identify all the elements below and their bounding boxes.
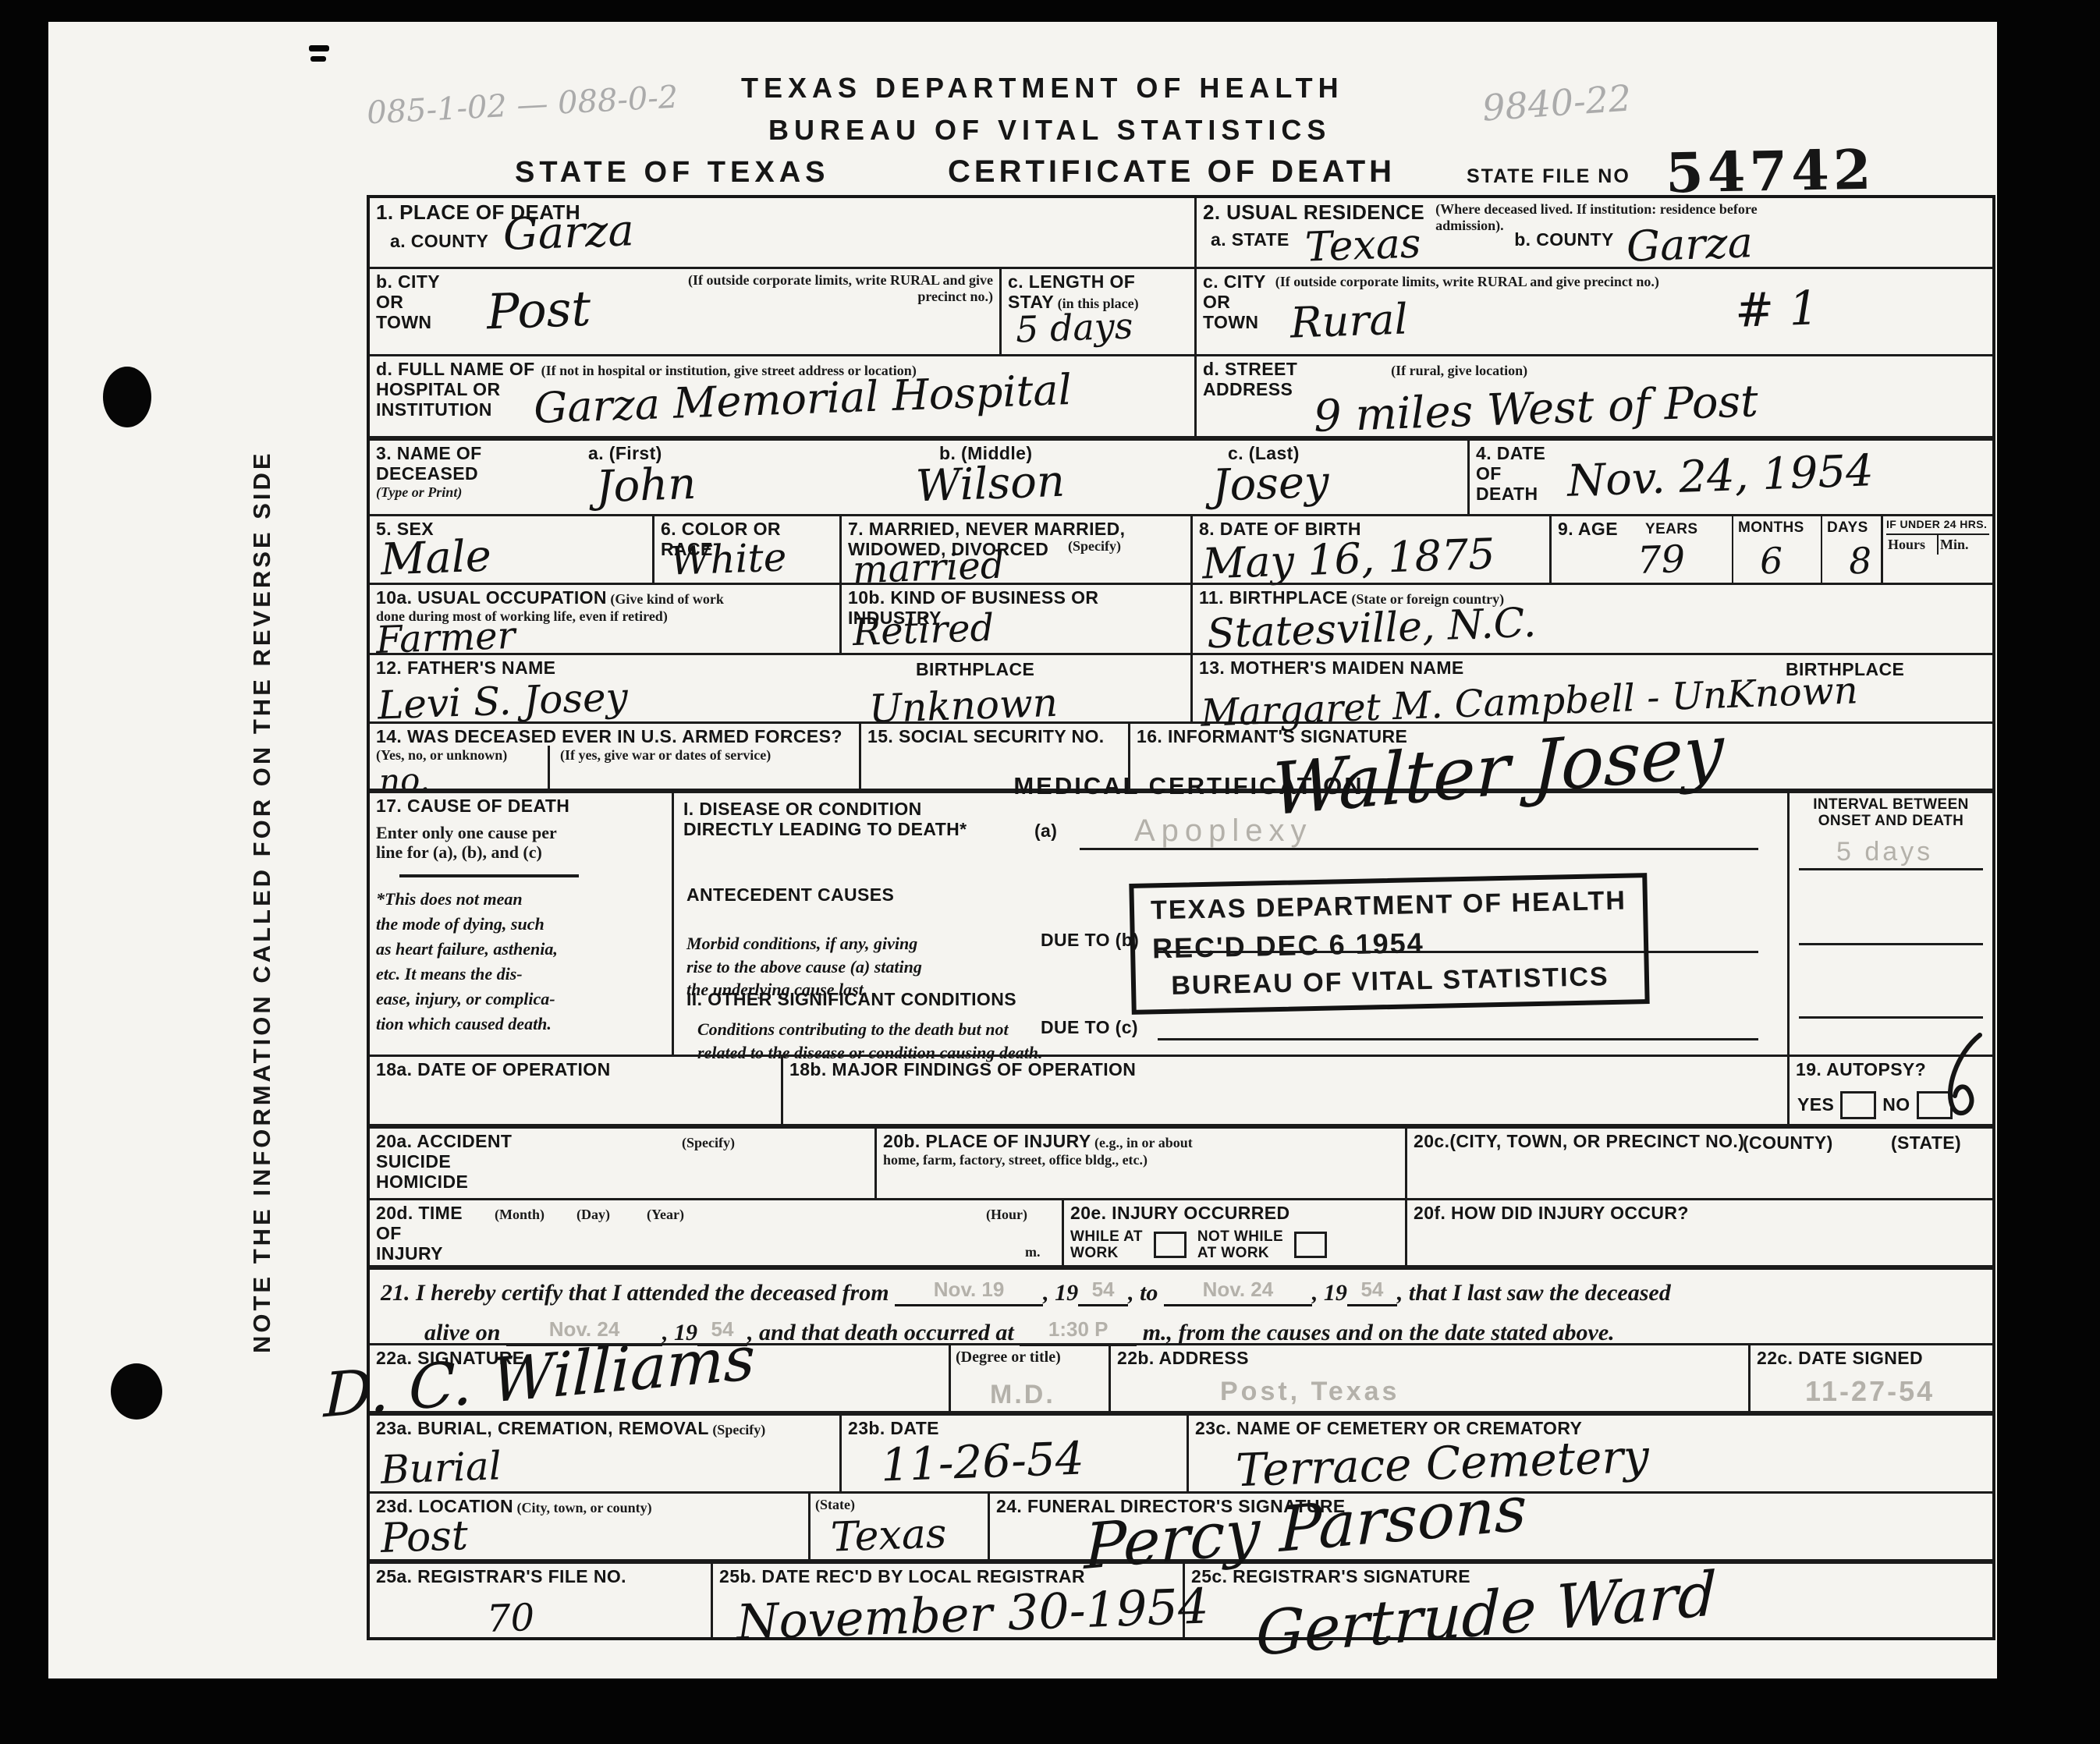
street-value: 9 miles West of Post <box>1313 380 1758 439</box>
field-registrar-signature: 25c. REGISTRAR'S SIGNATURE Gertrude Ward <box>1185 1564 1992 1637</box>
row-parents: 12. FATHER'S NAME BIRTHPLACE Levi S. Jos… <box>370 653 1992 721</box>
county-value: Garza <box>502 209 635 257</box>
accident-label: 20a. ACCIDENT SUICIDE HOMICIDE <box>376 1131 512 1192</box>
cause-of-death-label: 17. CAUSE OF DEATH <box>376 796 569 816</box>
row-location-funeral-director: 23d. LOCATION (City, town, or county) Po… <box>370 1491 1992 1559</box>
header-department: TEXAS DEPARTMENT OF HEALTH <box>741 72 1344 105</box>
age-months-value: 6 <box>1759 543 1783 580</box>
field-name-of-deceased: 3. NAME OF DECEASED (Type or Print) a. (… <box>370 441 1470 514</box>
received-stamp: TEXAS DEPARTMENT OF HEALTH REC'D DEC 6 1… <box>1129 873 1649 1015</box>
birthplace-label: 11. BIRTHPLACE <box>1199 587 1348 608</box>
stay-value: 5 days <box>1015 307 1133 347</box>
injury-city-label: 20c.(CITY, TOWN, OR PRECINCT NO.) <box>1414 1131 1744 1151</box>
dod-label: 4. DATE OF DEATH <box>1476 443 1545 504</box>
cert-text-8: , and that death occurred at <box>747 1320 1014 1345</box>
field-color-or-race: 6. COLOR OR RACE White <box>654 516 842 583</box>
field-how-injury-occurred: 20f. HOW DID INJURY OCCUR? <box>1407 1200 1992 1265</box>
registrar-file-value: 70 <box>486 1599 535 1638</box>
field-birthplace: 11. BIRTHPLACE (State or foreign country… <box>1193 585 1992 653</box>
cert-death-time: 1:30 P <box>1020 1317 1137 1346</box>
due-to-c-line <box>1158 1021 1758 1040</box>
cause-note-2: *This does not mean the mode of dying, s… <box>376 887 665 1036</box>
field-fathers-name: 12. FATHER'S NAME BIRTHPLACE Levi S. Jos… <box>370 655 1193 721</box>
field-street-address: d. STREET ADDRESS (If rural, give locati… <box>1197 356 1992 436</box>
cert-text-3: , to <box>1128 1280 1158 1306</box>
how-injury-label: 20f. HOW DID INJURY OCCUR? <box>1414 1203 1689 1223</box>
residence-county-label: b. COUNTY <box>1514 230 1614 266</box>
not-while-at-work-checkbox[interactable] <box>1294 1232 1327 1258</box>
state-value: Texas <box>1304 224 1421 268</box>
reverse-side-note: NOTE THE INFORMATION CALLED FOR ON THE R… <box>248 448 276 1353</box>
field-usual-occupation: 10a. USUAL OCCUPATION (Give kind of work… <box>370 585 842 653</box>
field-major-findings: 18b. MAJOR FINDINGS OF OPERATION <box>783 1057 1790 1124</box>
location-state-label: (State) <box>815 1497 855 1512</box>
film-mark <box>310 56 326 62</box>
cert-from-year: 54 <box>1078 1278 1128 1306</box>
hours-label: Hours <box>1886 535 1939 555</box>
header-bureau: BUREAU OF VITAL STATISTICS <box>768 114 1331 147</box>
age-days-label: DAYS <box>1827 519 1868 536</box>
field-physician-signature: 22a. SIGNATURE D. C. Williams (Degree or… <box>370 1345 1111 1411</box>
other-significant-label: II. OTHER SIGNIFICANT CONDITIONS <box>686 990 1016 1010</box>
degree-or-title-label: (Degree or title) <box>956 1349 1061 1366</box>
antecedent-causes-label: ANTECEDENT CAUSES <box>686 885 894 906</box>
row-occupation-birthplace: 10a. USUAL OCCUPATION (Give kind of work… <box>370 583 1992 653</box>
field-accident-suicide-homicide: 20a. ACCIDENT SUICIDE HOMICIDE (Specify) <box>370 1129 877 1198</box>
autopsy-label: 19. AUTOPSY? <box>1796 1059 1926 1079</box>
autopsy-no-mark <box>1935 1030 1989 1124</box>
day-label: (Day) <box>576 1207 610 1223</box>
interval-label: INTERVAL BETWEEN ONSET AND DEATH <box>1796 796 1986 830</box>
business-value: Retired <box>852 609 995 651</box>
first-name-value: John <box>595 463 697 509</box>
major-findings-label: 18b. MAJOR FINDINGS OF OPERATION <box>789 1059 1136 1079</box>
cert-from-date: Nov. 19 <box>895 1278 1043 1306</box>
row-place-residence: 1. PLACE OF DEATH a. COUNTY Garza 2. USU… <box>370 198 1992 267</box>
state-label: a. STATE <box>1211 230 1289 266</box>
interval-line-1 <box>1799 868 1983 870</box>
row-accident-injury-place: 20a. ACCIDENT SUICIDE HOMICIDE (Specify)… <box>370 1124 1992 1198</box>
date-signed-value: 11-27-54 <box>1805 1375 1935 1408</box>
a-tag: (a) <box>1034 821 1057 842</box>
burial-specify-paren: (Specify) <box>712 1422 765 1437</box>
not-while-at-work-label: NOT WHILE AT WORK <box>1197 1228 1283 1262</box>
hour-label: (Hour) <box>986 1207 1027 1223</box>
cert-to-date: Nov. 24 <box>1164 1278 1312 1306</box>
registrar-file-label: 25a. REGISTRAR'S FILE NO. <box>376 1566 626 1586</box>
degree-value: M.D. <box>990 1380 1055 1410</box>
row-physician: 22a. SIGNATURE D. C. Williams (Degree or… <box>370 1343 1992 1411</box>
field-place-of-death: 1. PLACE OF DEATH a. COUNTY Garza <box>370 198 1197 267</box>
address-label: 22b. ADDRESS <box>1117 1348 1249 1368</box>
fathers-name-label: 12. FATHER'S NAME <box>376 658 555 678</box>
father-birthplace-label: BIRTHPLACE <box>916 660 1034 680</box>
type-or-print-label: (Type or Print) <box>376 484 462 500</box>
field-under-24-hrs: IF UNDER 24 HRS. Hours Min. <box>1883 516 1992 583</box>
dod-value: Nov. 24, 1954 <box>1566 449 1874 504</box>
row-city-stay: b. CITY OR TOWN (If outside corporate li… <box>370 267 1992 354</box>
field-date-of-operation: 18a. DATE OF OPERATION <box>370 1057 783 1124</box>
autopsy-no-label: NO <box>1882 1095 1910 1115</box>
burial-value: Burial <box>380 1446 502 1489</box>
residence-county-value: Garza <box>1626 222 1754 269</box>
city-label: b. CITY OR TOWN <box>376 272 440 332</box>
row-time-injury-occurred: 20d. TIME OF INJURY (Month) (Day) (Year)… <box>370 1198 1992 1265</box>
ssn-label: 15. SOCIAL SECURITY NO. <box>867 726 1105 746</box>
cert-text-9: m., from the causes and on the date stat… <box>1143 1320 1615 1345</box>
autopsy-yes-label: YES <box>1797 1095 1834 1115</box>
divider <box>548 746 550 789</box>
row-certification-statement: 21. I hereby certify that I attended the… <box>370 1265 1992 1343</box>
field-autopsy: 19. AUTOPSY? YES NO <box>1790 1057 1992 1124</box>
fathers-name-value: Levi S. Josey <box>377 677 628 725</box>
min-label: Min. <box>1939 535 1989 555</box>
age-label: 9. AGE <box>1558 519 1618 539</box>
row-name-dod: 3. NAME OF DECEASED (Type or Print) a. (… <box>370 436 1992 514</box>
cert-text-4: , 19 <box>1312 1280 1347 1306</box>
location-value: Post <box>380 1515 469 1559</box>
residence-city-value: Rural <box>1289 298 1409 344</box>
field-usual-residence: 2. USUAL RESIDENCE (Where deceased lived… <box>1197 198 1992 267</box>
header-state-of-texas: STATE OF TEXAS <box>515 156 830 190</box>
marital-paren: (Specify) <box>1068 538 1121 555</box>
field-burial-date: 23b. DATE 11-26-54 <box>842 1416 1189 1491</box>
street-label: d. STREET ADDRESS <box>1203 360 1297 400</box>
field-funeral-director: 24. FUNERAL DIRECTOR'S SIGNATURE Percy P… <box>990 1494 1992 1559</box>
date-recd-value: November 30-1954 <box>736 1582 1209 1647</box>
field-injury-location: 20c.(CITY, TOWN, OR PRECINCT NO.) (COUNT… <box>1407 1129 1992 1198</box>
m-label: m. <box>1025 1244 1041 1260</box>
film-blob <box>103 367 151 427</box>
sex-value: Male <box>380 535 492 583</box>
county-label: a. COUNTY <box>390 231 488 251</box>
precinct-value: # 1 <box>1734 285 1820 335</box>
row-sex-race-age: 5. SEX Male 6. COLOR OR RACE White 7. MA… <box>370 514 1992 583</box>
header-certificate-title: CERTIFICATE OF DEATH <box>948 154 1396 190</box>
field-certification-statement: 21. I hereby certify that I attended the… <box>370 1270 1992 1343</box>
film-blob <box>111 1363 162 1420</box>
film-mark <box>309 45 329 51</box>
birthplace-value: Statesville, N.C. <box>1206 603 1537 655</box>
scanned-death-certificate: NOTE THE INFORMATION CALLED FOR ON THE R… <box>0 0 2100 1744</box>
cert-text-2: , 19 <box>1043 1280 1078 1306</box>
field-injury-occurred: 20e. INJURY OCCURRED WHILE AT WORK NOT W… <box>1064 1200 1407 1265</box>
injury-occurred-label: 20e. INJURY OCCURRED <box>1070 1203 1290 1223</box>
field-age: 9. AGE YEARS 79 MONTHS 6 DAYS 8 <box>1552 516 1883 583</box>
field-cemetery-name: 23c. NAME OF CEMETERY OR CREMATORY Terra… <box>1189 1416 1992 1491</box>
row-operation-autopsy: 18a. DATE OF OPERATION 18b. MAJOR FINDIN… <box>370 1055 1992 1124</box>
cert-text-6: alive on <box>424 1320 501 1345</box>
stamp-line-2: REC'D DEC 6 1954 <box>1148 923 1632 966</box>
city-value: Post <box>486 285 591 337</box>
field-burial-type: 23a. BURIAL, CREMATION, REMOVAL (Specify… <box>370 1416 842 1491</box>
while-at-work-checkbox[interactable] <box>1154 1232 1187 1258</box>
place-of-injury-label: 20b. PLACE OF INJURY <box>883 1131 1091 1151</box>
row-hospital-street: d. FULL NAME OF HOSPITAL OR INSTITUTION … <box>370 354 1992 436</box>
row-burial: 23a. BURIAL, CREMATION, REMOVAL (Specify… <box>370 1411 1992 1491</box>
field-date-signed: 22c. DATE SIGNED 11-27-54 <box>1751 1345 1992 1411</box>
autopsy-yes-checkbox[interactable] <box>1840 1091 1876 1119</box>
year-label: (Year) <box>647 1207 684 1223</box>
injury-county-label: (COUNTY) <box>1743 1133 1833 1154</box>
location-paren: (City, town, or county) <box>516 1500 651 1515</box>
field-marital-status: 7. MARRIED, NEVER MARRIED, WIDOWED, DIVO… <box>842 516 1193 583</box>
cert-to-year: 54 <box>1347 1278 1397 1306</box>
age-days-value: 8 <box>1848 543 1872 580</box>
burial-date-value: 11-26-54 <box>880 1435 1084 1487</box>
interval-value: 5 days <box>1836 838 1933 865</box>
accident-specify-paren: (Specify) <box>682 1135 735 1151</box>
field-hospital-name: d. FULL NAME OF HOSPITAL OR INSTITUTION … <box>370 356 1197 436</box>
field-time-of-injury: 20d. TIME OF INJURY (Month) (Day) (Year)… <box>370 1200 1064 1265</box>
address-value: Post, Texas <box>1220 1377 1399 1407</box>
due-to-b-label: DUE TO (b) <box>1041 930 1139 951</box>
armed-forces-label: 14. WAS DECEASED EVER IN U.S. ARMED FORC… <box>376 726 842 746</box>
date-of-operation-label: 18a. DATE OF OPERATION <box>376 1059 611 1079</box>
while-at-work-label: WHILE AT WORK <box>1070 1228 1143 1262</box>
field-date-of-birth: 8. DATE OF BIRTH May 16, 1875 <box>1193 516 1552 583</box>
stamp-line-3: BUREAU OF VITAL STATISTICS <box>1148 962 1633 1002</box>
race-value: White <box>669 537 787 580</box>
certificate-form: 1. PLACE OF DEATH a. COUNTY Garza 2. USU… <box>367 195 1995 1640</box>
injury-state-label: (STATE) <box>1891 1133 1961 1154</box>
field-residence-city: c. CITY OR TOWN (If outside corporate li… <box>1197 269 1992 354</box>
field-interval-onset-death: INTERVAL BETWEEN ONSET AND DEATH 5 days <box>1790 793 1992 1055</box>
field-city-or-town: b. CITY OR TOWN (If outside corporate li… <box>370 269 1002 354</box>
field-place-of-injury: 20b. PLACE OF INJURY (e.g., in or about … <box>877 1129 1407 1198</box>
armed-forces-sub2: (If yes, give war or dates of service) <box>560 747 771 764</box>
name-label: 3. NAME OF DECEASED <box>376 443 482 484</box>
location-state-value: Texas <box>830 1513 947 1558</box>
cert-text-5: , that I last saw the deceased <box>1397 1280 1671 1306</box>
cause-note-1: Enter only one cause per line for (a), (… <box>376 823 665 863</box>
dob-value: May 16, 1875 <box>1201 533 1495 585</box>
field-burial-location: 23d. LOCATION (City, town, or county) Po… <box>370 1494 990 1559</box>
field-physician-address: 22b. ADDRESS Post, Texas <box>1111 1345 1751 1411</box>
date-signed-label: 22c. DATE SIGNED <box>1757 1348 1923 1368</box>
field-cause-of-death-notes: 17. CAUSE OF DEATH Enter only one cause … <box>370 793 674 1055</box>
field-mothers-maiden-name: 13. MOTHER'S MAIDEN NAME BIRTHPLACE Marg… <box>1193 655 1992 721</box>
field-length-of-stay: c. LENGTH OF STAY (in this place) 5 days <box>1002 269 1197 354</box>
age-years-label: YEARS <box>1645 521 1697 537</box>
age-months-label: MONTHS <box>1738 519 1804 536</box>
field-kind-of-business: 10b. KIND OF BUSINESS OR INDUSTRY Retire… <box>842 585 1193 653</box>
age-years-value: 79 <box>1637 541 1686 580</box>
interval-line-3 <box>1799 1016 1983 1019</box>
mothers-name-label: 13. MOTHER'S MAIDEN NAME <box>1199 658 1464 678</box>
due-to-c-label: DUE TO (c) <box>1041 1018 1138 1038</box>
occupation-label: 10a. USUAL OCCUPATION <box>376 587 607 608</box>
disease-condition-label: I. DISEASE OR CONDITION DIRECTLY LEADING… <box>683 799 967 840</box>
state-file-no-label: STATE FILE NO <box>1467 165 1630 188</box>
field-sex: 5. SEX Male <box>370 516 654 583</box>
cert-text-1: 21. I hereby certify that I attended the… <box>381 1280 889 1306</box>
stamp-line-1: TEXAS DEPARTMENT OF HEALTH <box>1147 886 1631 927</box>
burial-date-label: 23b. DATE <box>848 1418 939 1438</box>
hospital-label: d. FULL NAME OF HOSPITAL OR INSTITUTION <box>376 360 535 420</box>
interval-line-2 <box>1799 943 1983 945</box>
divider <box>399 874 579 877</box>
residence-city-label: c. CITY OR TOWN <box>1203 272 1266 332</box>
under-24-label: IF UNDER 24 HRS. <box>1886 518 1987 530</box>
time-of-injury-label: 20d. TIME OF INJURY <box>376 1203 463 1264</box>
last-name-value: Josey <box>1211 460 1330 508</box>
field-date-of-death: 4. DATE OF DEATH Nov. 24, 1954 <box>1470 441 1992 514</box>
field-registrar-file-no: 25a. REGISTRAR'S FILE NO. 70 <box>370 1564 713 1637</box>
middle-name-value: Wilson <box>915 460 1066 509</box>
month-label: (Month) <box>495 1207 545 1223</box>
